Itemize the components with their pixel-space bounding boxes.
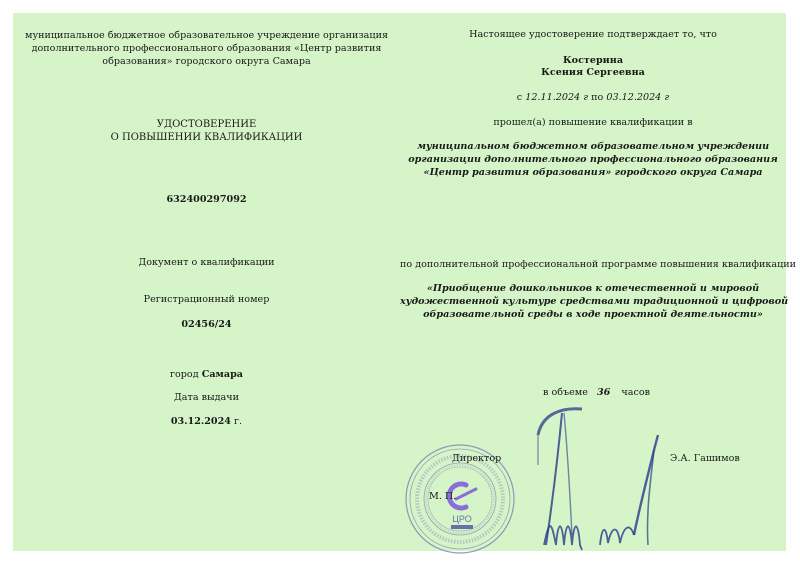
issue-date-suffix: г. — [234, 416, 242, 427]
issuer-line: образования» городского округа Самара — [13, 55, 400, 68]
document-type-label: Документ о квалификации — [13, 256, 400, 269]
period-to: 03.12.2024 г — [606, 92, 669, 103]
reg-number-label: Регистрационный номер — [13, 293, 400, 306]
document-title: УДОСТОВЕРЕНИЕ О ПОВЫШЕНИИ КВАЛИФИКАЦИИ — [13, 118, 400, 144]
document-number: 632400297092 — [13, 193, 400, 206]
city-label: город — [170, 369, 199, 380]
issuer-line: муниципальное бюджетное образовательное … — [13, 29, 400, 42]
holder-name: Ксения Сергеевна — [400, 66, 786, 79]
svg-text:ЦРО: ЦРО — [452, 514, 471, 524]
city-value: Самара — [202, 369, 243, 380]
training-institution: муниципальном бюджетном образовательном … — [400, 140, 786, 179]
institution-line: муниципальном бюджетном образовательном … — [400, 140, 786, 153]
issuer-line: дополнительного профессионального образо… — [13, 42, 400, 55]
title-line: О ПОВЫШЕНИИ КВАЛИФИКАЦИИ — [13, 131, 400, 144]
period-from: 12.11.2024 г — [525, 92, 588, 103]
program-line: образовательной среды в ходе проектной д… — [400, 308, 786, 321]
issue-date: 03.12.2024 г. — [13, 415, 400, 428]
city: город Самара — [13, 368, 400, 381]
program-label: по дополнительной профессиональной прогр… — [400, 258, 786, 271]
director-name: Э.А. Гашимов — [670, 452, 740, 465]
program-line: художественной культуре средствами тради… — [400, 295, 786, 308]
program-line: «Приобщение дошкольников к отечественной… — [400, 282, 786, 295]
director-signature-icon — [530, 395, 680, 565]
institution-line: «Центр развития образования» городского … — [400, 166, 786, 179]
title-line: УДОСТОВЕРЕНИЕ — [13, 118, 400, 131]
training-period: с 12.11.2024 г по 03.12.2024 г — [400, 91, 786, 104]
intro-text: Настоящее удостоверение подтверждает то,… — [400, 28, 786, 41]
issuer-organization: муниципальное бюджетное образовательное … — [13, 29, 400, 68]
institution-line: организации дополнительного профессионал… — [400, 153, 786, 166]
issue-date-value: 03.12.2024 — [171, 416, 231, 427]
period-from-label: с — [517, 92, 522, 103]
period-to-label: по — [591, 92, 603, 103]
program-title: «Приобщение дошкольников к отечественной… — [400, 282, 786, 321]
director-label: Директор — [452, 452, 501, 465]
issue-date-label: Дата выдачи — [13, 391, 400, 404]
stamp-placeholder-label: М. П. — [429, 490, 456, 503]
completed-text: прошел(а) повышение квалификации в — [400, 116, 786, 129]
reg-number: 02456/24 — [13, 318, 400, 331]
